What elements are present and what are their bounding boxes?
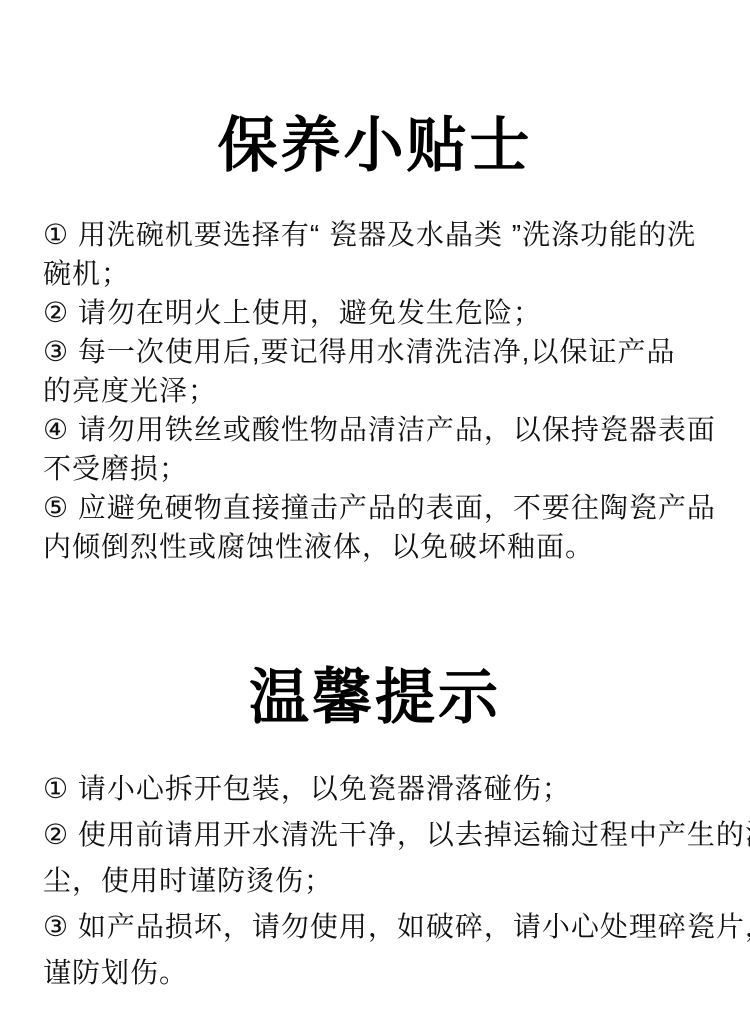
- care-item-5-line-2: 内倾倒烈性或腐蚀性液体，以免破坏釉面。: [43, 527, 714, 566]
- care-item-4: ④ 请勿用铁丝或酸性物品清洁产品，以保持瓷器表面 不受磨损；: [43, 410, 714, 488]
- care-item-1-line-2: 碗机；: [43, 254, 714, 293]
- care-list: ① 用洗碗机要选择有“ 瓷器及水晶类 ”洗涤功能的洗 碗机； ② 请勿在明火上使…: [0, 215, 750, 566]
- tips-item-1: ① 请小心拆开包装，以免瓷器滑落碰伤；: [43, 766, 714, 812]
- tips-item-2-line-2: 尘，使用时谨防烫伤；: [43, 858, 714, 904]
- care-section-title: 保养小贴士: [0, 0, 750, 176]
- tips-section-title: 温馨提示: [0, 668, 750, 728]
- care-item-1-line-1: ① 用洗碗机要选择有“ 瓷器及水晶类 ”洗涤功能的洗: [43, 215, 714, 254]
- care-item-2-line-1: ② 请勿在明火上使用，避免发生危险；: [43, 293, 714, 332]
- tips-list: ① 请小心拆开包装，以免瓷器滑落碰伤； ② 使用前请用开水清洗干净，以去掉运输过…: [0, 766, 750, 996]
- tips-item-1-line-1: ① 请小心拆开包装，以免瓷器滑落碰伤；: [43, 766, 714, 812]
- care-item-1: ① 用洗碗机要选择有“ 瓷器及水晶类 ”洗涤功能的洗 碗机；: [43, 215, 714, 293]
- care-item-2: ② 请勿在明火上使用，避免发生危险；: [43, 293, 714, 332]
- tips-item-3: ③ 如产品损坏，请勿使用，如破碎，请小心处理碎瓷片， 谨防划伤。: [43, 904, 714, 996]
- tips-item-2-line-1: ② 使用前请用开水清洗干净，以去掉运输过程中产生的污: [43, 812, 714, 858]
- care-instructions-page: 保养小贴士 ① 用洗碗机要选择有“ 瓷器及水晶类 ”洗涤功能的洗 碗机； ② 请…: [0, 0, 750, 1021]
- care-item-4-line-2: 不受磨损；: [43, 449, 714, 488]
- care-item-3-line-2: 的亮度光泽；: [43, 371, 714, 410]
- care-item-4-line-1: ④ 请勿用铁丝或酸性物品清洁产品，以保持瓷器表面: [43, 410, 714, 449]
- care-item-3-line-1: ③ 每一次使用后,要记得用水清洗洁净,以保证产品: [43, 332, 714, 371]
- care-item-3: ③ 每一次使用后,要记得用水清洗洁净,以保证产品 的亮度光泽；: [43, 332, 714, 410]
- tips-item-3-line-2: 谨防划伤。: [43, 950, 714, 996]
- care-item-5: ⑤ 应避免硬物直接撞击产品的表面，不要往陶瓷产品 内倾倒烈性或腐蚀性液体，以免破…: [43, 488, 714, 566]
- care-item-5-line-1: ⑤ 应避免硬物直接撞击产品的表面，不要往陶瓷产品: [43, 488, 714, 527]
- tips-item-3-line-1: ③ 如产品损坏，请勿使用，如破碎，请小心处理碎瓷片，: [43, 904, 714, 950]
- tips-item-2: ② 使用前请用开水清洗干净，以去掉运输过程中产生的污 尘，使用时谨防烫伤；: [43, 812, 714, 904]
